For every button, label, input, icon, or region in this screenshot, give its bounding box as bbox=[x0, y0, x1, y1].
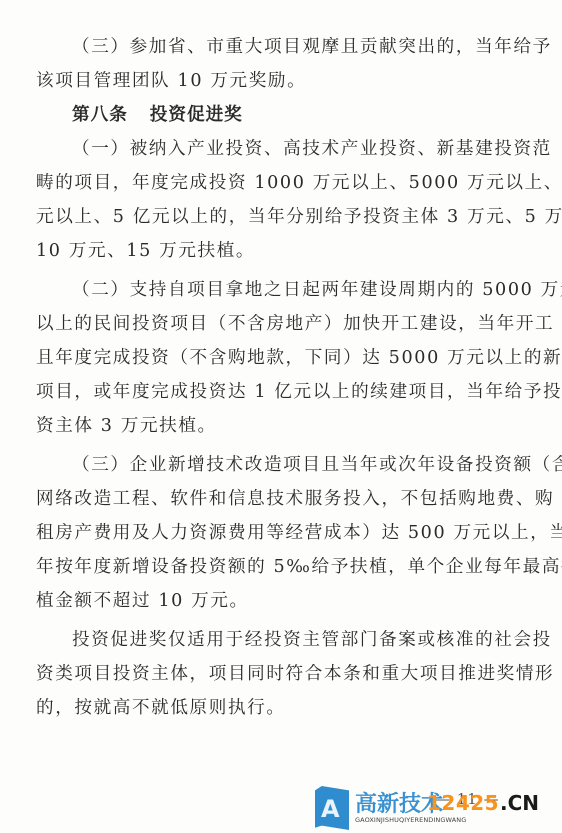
paragraph-line: 租房产费用及人力资源费用等经营成本）达 500 万元以上，当 bbox=[36, 516, 532, 550]
paragraph-line: 植金额不超过 10 万元。 bbox=[36, 584, 532, 618]
watermark-logo: A 高新技术 12425 .CN GAOXINJISHUQIYERENDINGW… bbox=[315, 783, 562, 833]
paragraph-line: 年按年度新增设备投资额的 5‰给予扶植，单个企业每年最高扶 bbox=[36, 550, 532, 584]
paragraph-line: 以上的民间投资项目（不含房地产）加快开工建设，当年开工 bbox=[36, 307, 532, 341]
paragraph-line: 项目，或年度完成投资达 1 亿元以上的续建项目，当年给予投 bbox=[36, 375, 532, 409]
paragraph-line: 且年度完成投资（不含购地款，下同）达 5000 万元以上的新建 bbox=[36, 341, 532, 375]
watermark-number: 12425 bbox=[427, 791, 499, 815]
paragraph-line: 10 万元、15 万元扶植。 bbox=[36, 234, 532, 268]
watermark-pinyin: GAOXINJISHUQIYERENDINGWANG bbox=[355, 816, 466, 824]
paragraph-line: 的，按就高不就低原则执行。 bbox=[36, 691, 532, 725]
logo-badge-icon: A bbox=[315, 786, 349, 830]
paragraph-line: 资主体 3 万元扶植。 bbox=[36, 409, 532, 443]
paragraph-line: 资类项目投资主体，项目同时符合本条和重大项目推进奖情形 bbox=[36, 657, 532, 691]
paragraph-line: （三）参加省、市重大项目观摩且贡献突出的，当年给予 bbox=[36, 30, 532, 64]
paragraph-line: 投资促进奖仅适用于经投资主管部门备案或核准的社会投 bbox=[36, 623, 532, 657]
watermark-domain: .CN bbox=[500, 791, 539, 815]
paragraph-line: 网络改造工程、软件和信息技术服务投入，不包括购地费、购 bbox=[36, 482, 532, 516]
paragraph-line: 元以上、5 亿元以上的，当年分别给予投资主体 3 万元、5 万元、 bbox=[36, 200, 532, 234]
paragraph-line: （二）支持自项目拿地之日起两年建设周期内的 5000 万元 bbox=[36, 273, 532, 307]
article-number: 第八条 bbox=[72, 105, 128, 125]
paragraph-line: 该项目管理团队 10 万元奖励。 bbox=[36, 64, 532, 98]
article-heading: 第八条投资促进奖 bbox=[36, 98, 532, 132]
article-title: 投资促进奖 bbox=[150, 105, 243, 125]
paragraph-line: （三）企业新增技术改造项目且当年或次年设备投资额（含 bbox=[36, 448, 532, 482]
document-page: （三）参加省、市重大项目观摩且贡献突出的，当年给予 该项目管理团队 10 万元奖… bbox=[36, 30, 532, 725]
paragraph-line: （一）被纳入产业投资、高技术产业投资、新基建投资范 bbox=[36, 132, 532, 166]
paragraph-line: 畴的项目，年度完成投资 1000 万元以上、5000 万元以上、1 亿 bbox=[36, 166, 532, 200]
